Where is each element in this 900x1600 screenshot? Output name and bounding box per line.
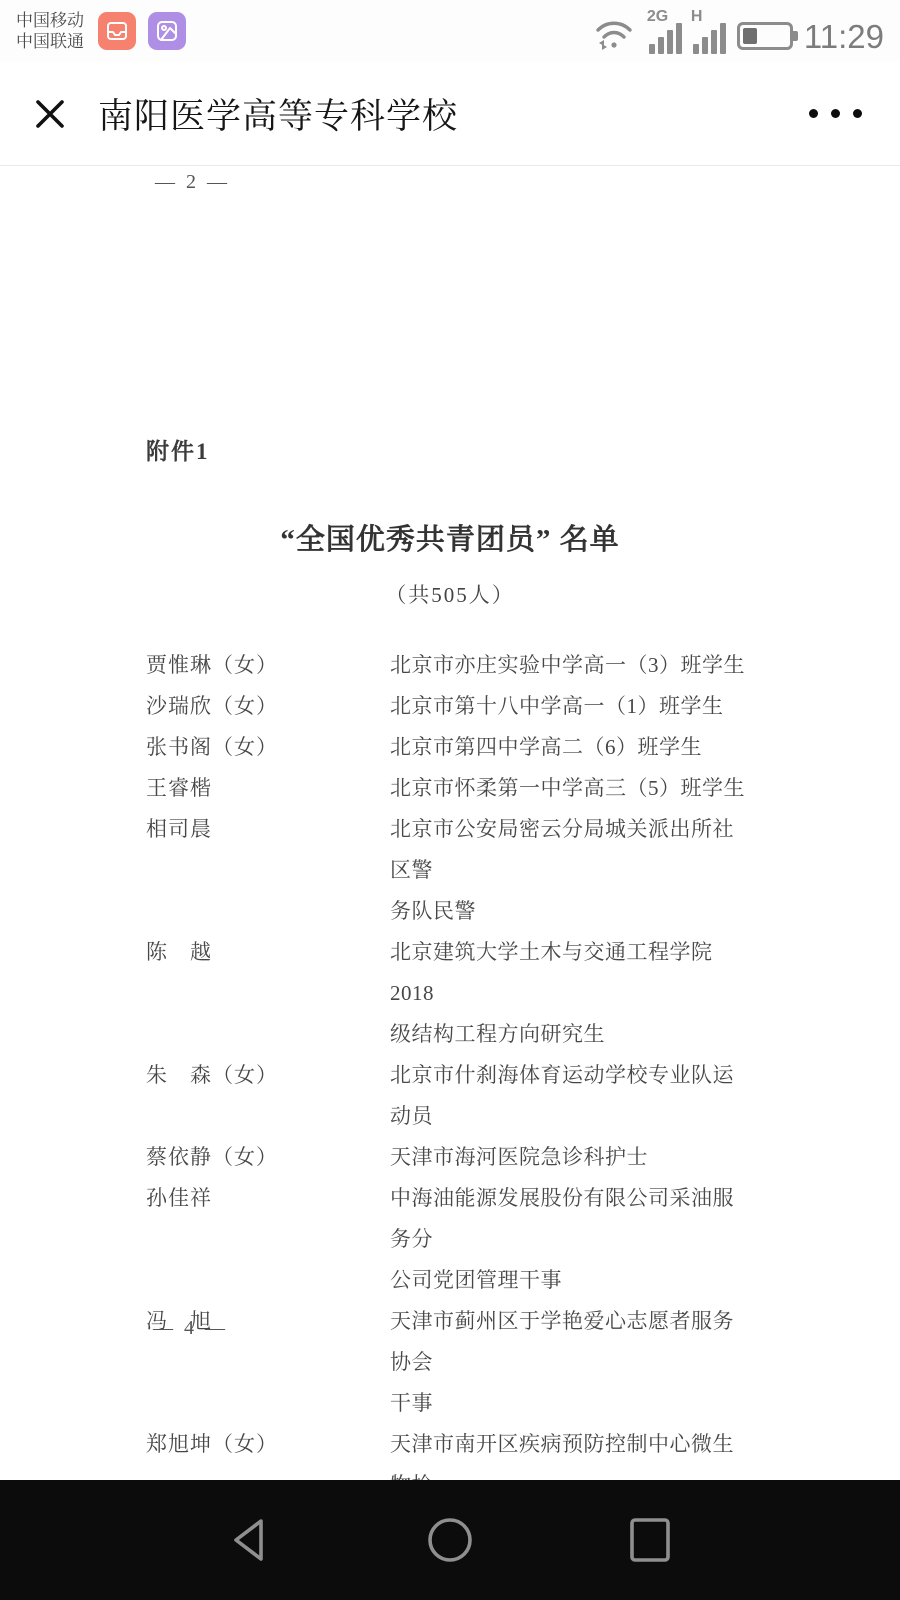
member-name: 王睿楷	[146, 768, 390, 809]
close-icon[interactable]	[32, 96, 68, 132]
list-item: 陈 越北京建筑大学土木与交通工程学院2018级结构工程方向研究生	[146, 932, 752, 1055]
list-item: 王睿楷北京市怀柔第一中学高三（5）班学生	[146, 768, 752, 809]
signal-h-icon: H	[693, 8, 726, 54]
member-description: 北京建筑大学土木与交通工程学院2018级结构工程方向研究生	[390, 932, 752, 1055]
member-description-line: 天津市海河医院急诊科护士	[390, 1137, 752, 1178]
list-item: 沙瑞欣（女）北京市第十八中学高一（1）班学生	[146, 686, 752, 727]
more-menu-icon[interactable]	[809, 109, 868, 118]
list-item: 冯 旭天津市蓟州区于学艳爱心志愿者服务协会干事	[146, 1301, 752, 1424]
member-description-line: 北京建筑大学土木与交通工程学院2018	[390, 932, 752, 1014]
carrier-line2: 中国联通	[16, 31, 84, 52]
member-name: 贾惟琳（女）	[146, 645, 390, 686]
member-description: 天津市蓟州区于学艳爱心志愿者服务协会干事	[390, 1301, 752, 1424]
member-name: 孙佳祥	[146, 1178, 390, 1301]
member-description: 北京市亦庄实验中学高一（3）班学生	[390, 645, 752, 686]
member-description-line: 级结构工程方向研究生	[390, 1014, 752, 1055]
list-item: 孙佳祥中海油能源发展股份有限公司采油服务分公司党团管理干事	[146, 1178, 752, 1301]
member-name: 张书阁（女）	[146, 727, 390, 768]
list-item: 相司晨北京市公安局密云分局城关派出所社区警务队民警	[146, 809, 752, 932]
member-description: 北京市公安局密云分局城关派出所社区警务队民警	[390, 809, 752, 932]
document-title: “全国优秀共青团员” 名单	[0, 517, 900, 558]
member-description-line: 务队民警	[390, 891, 752, 932]
attachment-label: 附件1	[146, 433, 210, 466]
member-description-line: 北京市公安局密云分局城关派出所社区警	[390, 809, 752, 891]
member-list: 贾惟琳（女）北京市亦庄实验中学高一（3）班学生沙瑞欣（女）北京市第十八中学高一（…	[146, 645, 752, 1547]
document-view[interactable]: — 2 — 附件1 “全国优秀共青团员” 名单 （共505人） 贾惟琳（女）北京…	[0, 167, 900, 1480]
signal-h-label: H	[691, 8, 703, 26]
list-item: 张书阁（女）北京市第四中学高二（6）班学生	[146, 727, 752, 768]
member-description-line: 天津市蓟州区于学艳爱心志愿者服务协会	[390, 1301, 752, 1383]
member-description: 北京市什刹海体育运动学校专业队运动员	[390, 1055, 752, 1137]
back-icon[interactable]	[226, 1516, 274, 1564]
page-title: 南阳医学高等专科学校	[98, 89, 458, 139]
member-description-line: 北京市亦庄实验中学高一（3）班学生	[390, 645, 752, 686]
list-item: 朱 森（女）北京市什刹海体育运动学校专业队运动员	[146, 1055, 752, 1137]
member-description: 北京市第十八中学高一（1）班学生	[390, 686, 752, 727]
member-description: 中海油能源发展股份有限公司采油服务分公司党团管理干事	[390, 1178, 752, 1301]
home-icon[interactable]	[426, 1516, 474, 1564]
page-number-top: — 2 —	[155, 171, 230, 194]
carrier-line1: 中国移动	[16, 10, 84, 31]
android-nav-bar	[0, 1480, 900, 1600]
signal-2g-label: 2G	[647, 8, 668, 26]
member-name: 沙瑞欣（女）	[146, 686, 390, 727]
list-item: 贾惟琳（女）北京市亦庄实验中学高一（3）班学生	[146, 645, 752, 686]
browser-header: 南阳医学高等专科学校	[0, 62, 900, 166]
member-description-line: 北京市第十八中学高一（1）班学生	[390, 686, 752, 727]
member-description: 天津市海河医院急诊科护士	[390, 1137, 752, 1178]
member-description-line: 公司党团管理干事	[390, 1260, 752, 1301]
member-description-line: 北京市什刹海体育运动学校专业队运动员	[390, 1055, 752, 1137]
phone-screen: 中国移动 中国联通	[0, 0, 900, 1600]
member-name: 朱 森（女）	[146, 1055, 390, 1137]
status-indicators: 2G H 11:29	[590, 8, 884, 54]
member-description: 北京市第四中学高二（6）班学生	[390, 727, 752, 768]
recents-icon[interactable]	[626, 1516, 674, 1564]
clock-time: 11:29	[804, 18, 884, 56]
member-description-line: 干事	[390, 1383, 752, 1424]
list-item: 蔡依静（女）天津市海河医院急诊科护士	[146, 1137, 752, 1178]
signal-2g-icon: 2G	[649, 8, 682, 54]
document-subtitle: （共505人）	[0, 579, 900, 609]
member-name: 陈 越	[146, 932, 390, 1055]
member-description-line: 中海油能源发展股份有限公司采油服务分	[390, 1178, 752, 1260]
carrier-names: 中国移动 中国联通	[16, 10, 84, 52]
inbox-app-icon	[98, 12, 136, 50]
member-description-line: 北京市怀柔第一中学高三（5）班学生	[390, 768, 752, 809]
member-name: 蔡依静（女）	[146, 1137, 390, 1178]
battery-icon	[737, 22, 793, 50]
status-bar: 中国移动 中国联通	[0, 0, 900, 62]
member-name: 相司晨	[146, 809, 390, 932]
member-description: 北京市怀柔第一中学高三（5）班学生	[390, 768, 752, 809]
wifi-icon	[590, 14, 638, 54]
page-number-bottom: — 4 —	[153, 1317, 228, 1340]
notification-app-icons	[98, 12, 186, 50]
gallery-app-icon	[148, 12, 186, 50]
member-description-line: 北京市第四中学高二（6）班学生	[390, 727, 752, 768]
